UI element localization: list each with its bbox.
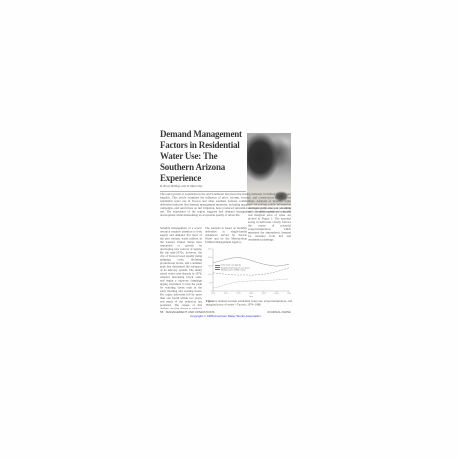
copyright-stamp: Copyright © 1989 American Water Works As… [160,315,291,322]
svg-text:150: 150 [208,266,212,268]
figure-caption: Figure 1. Annual average residential wat… [206,300,292,309]
figure-caption-text: Annual average residential water use, ev… [206,300,292,307]
legend-line-sample [215,267,220,268]
page-number: 58 [160,311,163,314]
svg-text:1986: 1986 [287,293,291,295]
chart-legend: Total water use (gpcd)Evapotranspiration… [215,264,278,271]
body-column-3: Average daily use per dwelling unit, eva… [248,207,291,246]
body-column-1: Sensible management of a scarce resource… [160,227,202,309]
svg-text:250: 250 [208,249,212,251]
legend-item: Marginal price (1986 cents) [215,269,278,271]
legend-label: Marginal price (1986 cents) [221,269,245,271]
chart-plot-area: 0501001502002501974197619781980198219841… [206,247,291,300]
svg-text:1982: 1982 [261,293,266,295]
body-column-1-text: Sensible management of a scarce resource… [160,227,202,309]
svg-text:100: 100 [208,274,212,276]
svg-text:1980: 1980 [249,293,254,295]
byline-divider-rule [160,191,246,192]
legend-line-sample [215,265,220,266]
scanned-journal-page: Demand Management Factors in Residential… [0,0,458,458]
legend-line-sample [215,269,220,270]
copyright-text: Copyright © 1989 American Water Works As… [160,315,291,319]
svg-text:1978: 1978 [236,293,241,295]
svg-text:200: 200 [208,257,212,259]
footer-section-label: MANAGEMENT AND OPERATIONS [166,311,215,314]
svg-text:1976: 1976 [223,293,228,295]
svg-text:1974: 1974 [211,293,216,295]
article-title: Demand Management Factors in Residential… [160,129,253,184]
svg-text:1984: 1984 [274,293,279,295]
body-column-2-text: The analysis is based on monthly deliver… [205,227,247,245]
figure-1-line-chart: 0501001502002501974197619781980198219841… [206,247,291,300]
svg-text:Year: Year [249,295,254,298]
svg-text:50: 50 [209,282,212,284]
body-column-2: The analysis is based on monthly deliver… [205,227,247,245]
footer-journal-label: JOURNAL AWWA [251,311,291,315]
body-column-3-text: Average daily use per dwelling unit, eva… [248,207,291,242]
